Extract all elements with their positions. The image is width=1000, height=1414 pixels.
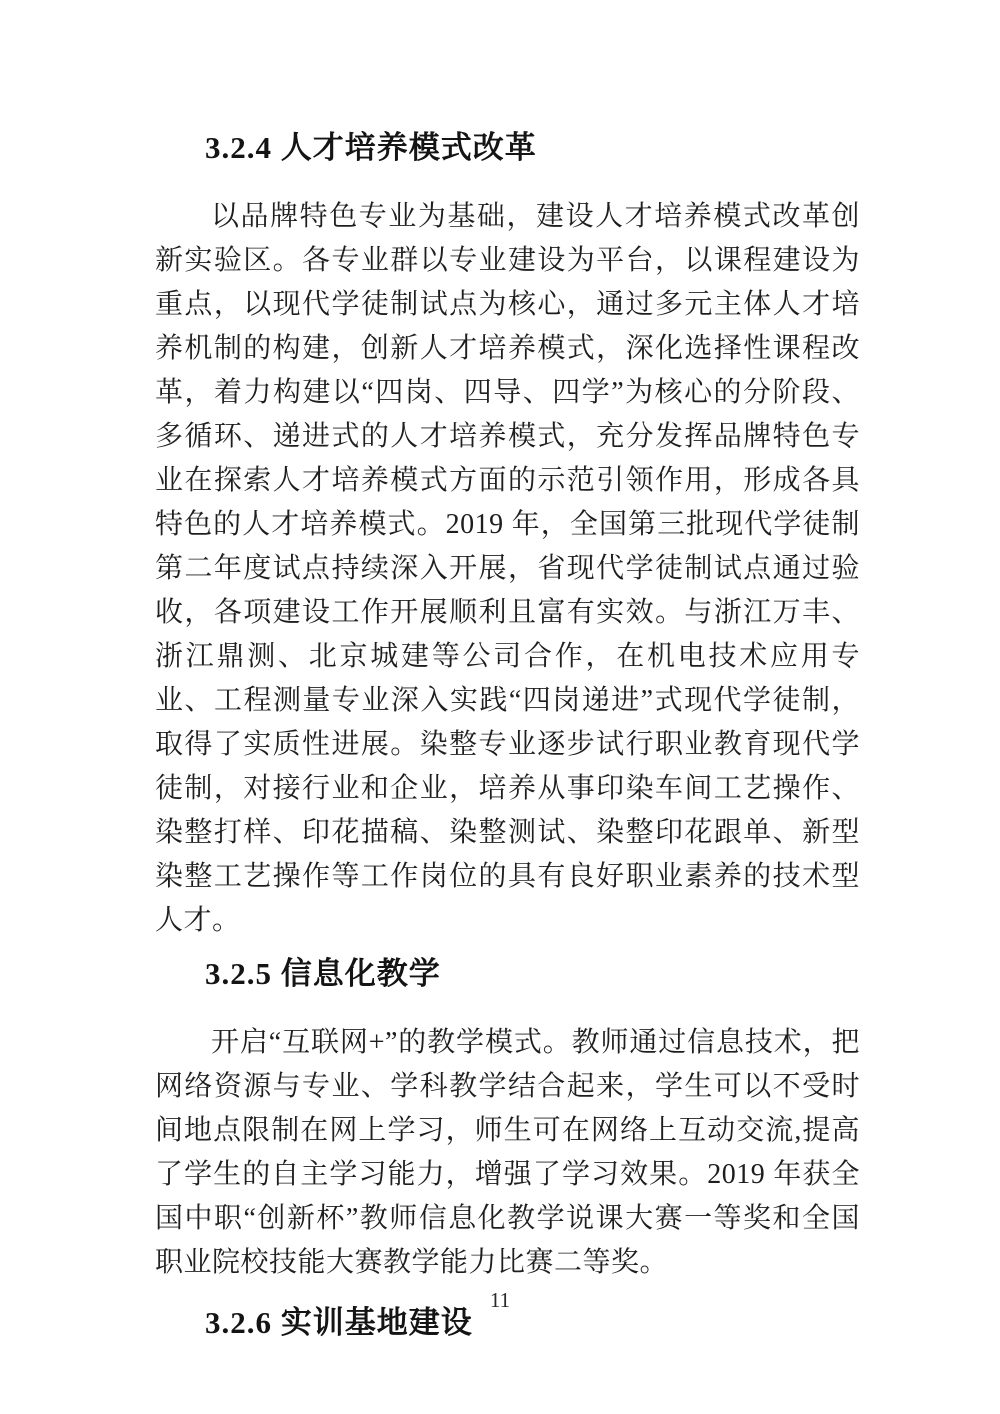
document-page: 3.2.4 人才培养模式改革 以品牌特色专业为基础，建设人才培养模式改革创新实验… xyxy=(0,0,1000,1414)
section-3-2-5-paragraph: 开启“互联网+”的教学模式。教师通过信息技术，把网络资源与专业、学科教学结合起来… xyxy=(155,1021,860,1285)
page-content: 3.2.4 人才培养模式改革 以品牌特色专业为基础，建设人才培养模式改革创新实验… xyxy=(155,128,860,1343)
section-heading-3-2-5: 3.2.5 信息化教学 xyxy=(155,954,860,994)
page-number: 11 xyxy=(0,1288,1000,1313)
section-3-2-4-paragraph: 以品牌特色专业为基础，建设人才培养模式改革创新实验区。各专业群以专业建设为平台，… xyxy=(155,195,860,943)
section-heading-3-2-4: 3.2.4 人才培养模式改革 xyxy=(155,128,860,168)
